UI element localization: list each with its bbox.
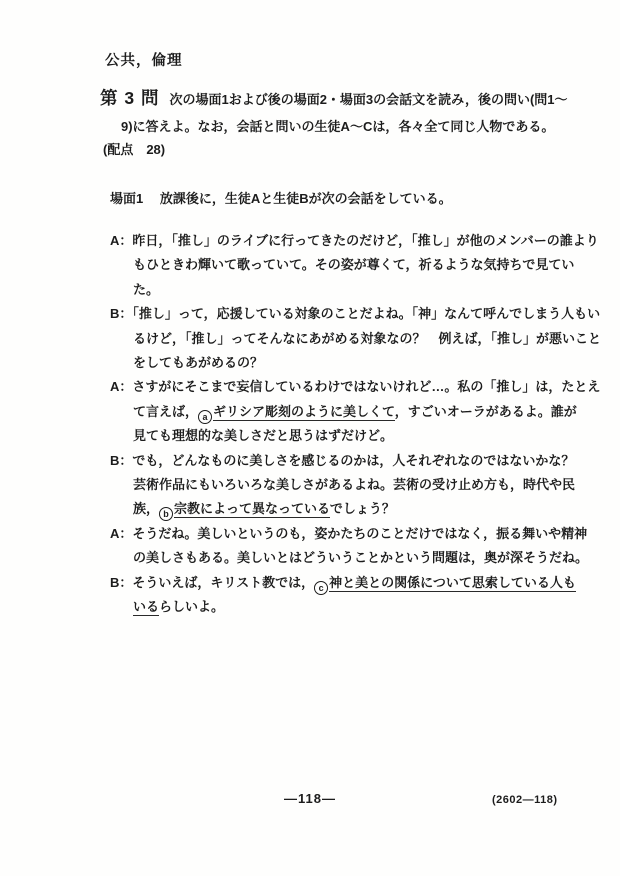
dialogue-text: 見ても理想的な美しさだと思うはずだけど。	[133, 428, 393, 443]
dialogue-text: そうだね。美しいというのも，姿かたちのことだけではなく，振る舞いや精神	[132, 526, 587, 541]
speaker-label: B：	[110, 306, 132, 321]
dialogue-text: るけど，「推し」ってそんなにあがめる対象なの？ 例えば，「推し」が悪いこと	[133, 331, 601, 346]
dialogue-text: 昨日，「推し」のライブに行ってきたのだけど，「推し」が他のメンバーの誰より	[132, 233, 598, 248]
dialogue-text: 「推し」って，応援している対象のことだよね。「神」なんて呼んでしまう人もい	[132, 306, 600, 321]
dialogue-line: B：でも，どんなものに美しさを感じるのかは，人それぞれなのではないかな？	[110, 449, 590, 473]
question-instruction-line1: 次の場面1および後の場面2・場面3の会話文を読み，後の問い(問1～	[169, 89, 567, 108]
dialogue-line: て言えば，aギリシア彫刻のように美しくて，すごいオーラがあるよ。誰が	[110, 400, 590, 424]
underlined-text: いる	[133, 599, 159, 616]
dialogue-text: でしょう？	[330, 501, 395, 516]
dialogue-line: るけど，「推し」ってそんなにあがめる対象なの？ 例えば，「推し」が悪いこと	[110, 327, 590, 351]
dialogue-text: 芸術作品にもいろいろな美しさがあるよね。芸術の受け止め方も，時代や民	[133, 477, 575, 492]
underlined-text: 神と美との関係について思索している人も	[329, 575, 576, 592]
dialogue-line: た。	[110, 278, 590, 302]
speaker-label: B：	[110, 453, 132, 468]
question-instruction-line2: 9)に答えよ。なお，会話と問いの生徒A～Cは，各々全て同じ人物である。	[121, 116, 554, 135]
dialogue-turn: B：でも，どんなものに美しさを感じるのかは，人それぞれなのではないかな？芸術作品…	[110, 449, 590, 522]
dialogue-line: B：「推し」って，応援している対象のことだよね。「神」なんて呼んでしまう人もい	[110, 302, 590, 326]
dialogue-text: た。	[133, 282, 159, 297]
circled-letter-c: c	[314, 581, 328, 595]
dialogue-line: 芸術作品にもいろいろな美しさがあるよね。芸術の受け止め方も，時代や民	[110, 473, 590, 497]
subject-header: 公共，倫理	[105, 49, 183, 70]
question-number: 第 3 問	[100, 85, 159, 110]
speaker-label: A：	[110, 526, 132, 541]
dialogue-line: A：そうだね。美しいというのも，姿かたちのことだけではなく，振る舞いや精神	[110, 522, 590, 546]
underlined-text: ギリシア彫刻のように美しくて	[213, 404, 395, 421]
dialogue-line: をしてもあがめるの？	[110, 351, 590, 375]
points-label: (配点 28)	[103, 139, 165, 158]
dialogue-text: もひときわ輝いて歌っていて。その姿が尊くて，祈るような気持ちで見てい	[133, 257, 574, 272]
dialogue-text: 族，	[133, 501, 159, 516]
dialogue-line: B：そういえば，キリスト教では，c神と美との関係について思索している人も	[110, 571, 590, 595]
dialogue-line: いるらしいよ。	[110, 595, 590, 619]
circled-letter-a: a	[198, 410, 212, 424]
dialogue-line: 見ても理想的な美しさだと思うはずだけど。	[110, 424, 590, 448]
dialogue-turn: A：さすがにそこまで妄信しているわけではないけれど…。私の「推し」は，たとえて言…	[110, 375, 590, 448]
speaker-label: A：	[110, 379, 132, 394]
scene-header: 場面1 放課後に，生徒Aと生徒Bが次の会話をしている。	[110, 188, 452, 207]
scene-label: 場面1	[110, 191, 143, 206]
dialogue-text: でも，どんなものに美しさを感じるのかは，人それぞれなのではないかな？	[132, 453, 574, 468]
document-code: (2602—118)	[492, 794, 558, 806]
circled-letter-b: b	[159, 507, 173, 521]
underlined-text: 宗教によって異なっている	[174, 501, 330, 518]
dialogue-line: の美しさもある。美しいとはどういうことかという問題は，奥が深そうだね。	[110, 546, 590, 570]
dialogue-text: て言えば，	[133, 404, 198, 419]
speaker-label: A：	[110, 233, 132, 248]
dialogue-line: A：昨日，「推し」のライブに行ってきたのだけど，「推し」が他のメンバーの誰より	[110, 229, 590, 253]
dialogue-text: ，すごいオーラがあるよ。誰が	[395, 404, 577, 419]
dialogue-turn: A：そうだね。美しいというのも，姿かたちのことだけではなく，振る舞いや精神の美し…	[110, 522, 590, 571]
exam-page: 公共，倫理 第 3 問 次の場面1および後の場面2・場面3の会話文を読み，後の問…	[0, 0, 620, 876]
scene-description: 放課後に，生徒Aと生徒Bが次の会話をしている。	[160, 191, 452, 206]
dialogue-line: もひときわ輝いて歌っていて。その姿が尊くて，祈るような気持ちで見てい	[110, 253, 590, 277]
dialogue: A：昨日，「推し」のライブに行ってきたのだけど，「推し」が他のメンバーの誰よりも…	[110, 229, 590, 620]
dialogue-text: らしいよ。	[159, 599, 224, 614]
dialogue-line: A：さすがにそこまで妄信しているわけではないけれど…。私の「推し」は，たとえ	[110, 375, 590, 399]
dialogue-turn: B：「推し」って，応援している対象のことだよね。「神」なんて呼んでしまう人もいる…	[110, 302, 590, 375]
dialogue-text: の美しさもある。美しいとはどういうことかという問題は，奥が深そうだね。	[133, 550, 588, 565]
dialogue-text: そういえば，キリスト教では，	[132, 575, 314, 590]
dialogue-text: をしてもあがめるの？	[133, 355, 263, 370]
dialogue-turn: B：そういえば，キリスト教では，c神と美との関係について思索している人もいるらし…	[110, 571, 590, 620]
dialogue-line: 族，b宗教によって異なっているでしょう？	[110, 497, 590, 521]
dialogue-turn: A：昨日，「推し」のライブに行ってきたのだけど，「推し」が他のメンバーの誰よりも…	[110, 229, 590, 302]
dialogue-text: さすがにそこまで妄信しているわけではないけれど…。私の「推し」は，たとえ	[132, 379, 600, 394]
speaker-label: B：	[110, 575, 132, 590]
question-header: 第 3 問 次の場面1および後の場面2・場面3の会話文を読み，後の問い(問1～	[100, 85, 568, 110]
